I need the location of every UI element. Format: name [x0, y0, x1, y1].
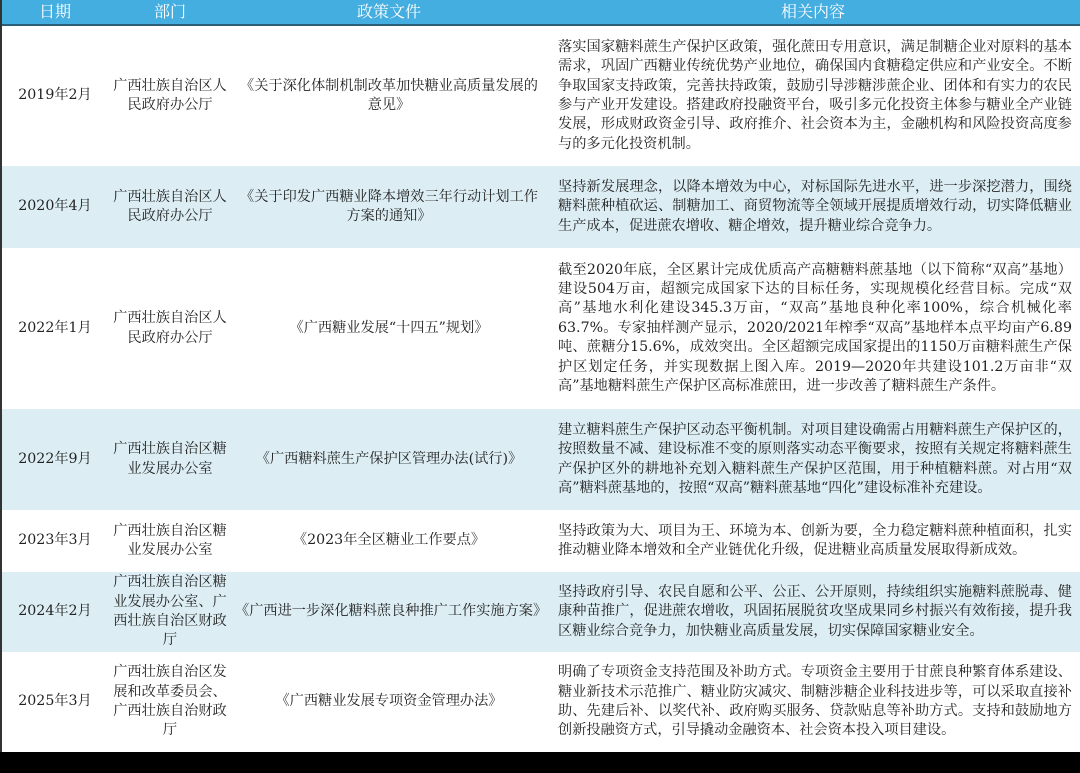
cell-content: 截至2020年底，全区累计完成优质高产高糖糖料蔗基地（以下简称“双高”基地）建设…: [546, 248, 1080, 409]
table-row: 2025年3月 广西壮族自治区发展和改革委员会、广西壮族自治财政厅 《广西糖业发…: [2, 652, 1080, 752]
cell-department: 广西壮族自治区人民政府办公厅: [108, 166, 232, 248]
cell-content: 坚持新发展理念，以降本增效为中心，对标国际先进水平，进一步深挖潜力，围绕糖料蔗种…: [546, 166, 1080, 248]
cell-date: 2020年4月: [2, 166, 108, 248]
table-header-row: 日期 部门 政策文件 相关内容: [2, 0, 1080, 25]
cell-date: 2024年2月: [2, 572, 108, 652]
header-department: 部门: [108, 0, 232, 25]
cell-date: 2025年3月: [2, 652, 108, 752]
policy-table-container: 日期 部门 政策文件 相关内容 2019年2月 广西壮族自治区人民政府办公厅 《…: [0, 0, 1080, 752]
table-row: 2024年2月 广西壮族自治区糖业发展办公室、广西壮族自治区财政厅 《广西进一步…: [2, 572, 1080, 652]
cell-document: 《广西糖业发展专项资金管理办法》: [232, 652, 546, 752]
cell-department: 广西壮族自治区人民政府办公厅: [108, 248, 232, 409]
cell-date: 2022年9月: [2, 409, 108, 510]
policy-table: 日期 部门 政策文件 相关内容 2019年2月 广西壮族自治区人民政府办公厅 《…: [2, 0, 1080, 752]
cell-document: 《关于印发广西糖业降本增效三年行动计划工作方案的通知》: [232, 166, 546, 248]
cell-department: 广西壮族自治区糖业发展办公室: [108, 409, 232, 510]
cell-content: 建立糖料蔗生产保护区动态平衡机制。对项目建设确需占用糖料蔗生产保护区的，按照数量…: [546, 409, 1080, 510]
table-row: 2022年9月 广西壮族自治区糖业发展办公室 《广西糖料蔗生产保护区管理办法(试…: [2, 409, 1080, 510]
cell-document: 《广西糖业发展“十四五”规划》: [232, 248, 546, 409]
cell-department: 广西壮族自治区糖业发展办公室、广西壮族自治区财政厅: [108, 572, 232, 652]
cell-department: 广西壮族自治区人民政府办公厅: [108, 25, 232, 166]
cell-date: 2022年1月: [2, 248, 108, 409]
table-row: 2022年1月 广西壮族自治区人民政府办公厅 《广西糖业发展“十四五”规划》 截…: [2, 248, 1080, 409]
cell-document: 《关于深化体制机制改革加快糖业高质量发展的意见》: [232, 25, 546, 166]
header-document: 政策文件: [232, 0, 546, 25]
table-row: 2020年4月 广西壮族自治区人民政府办公厅 《关于印发广西糖业降本增效三年行动…: [2, 166, 1080, 248]
cell-department: 广西壮族自治区糖业发展办公室: [108, 510, 232, 572]
cell-content: 坚持政府引导、农民自愿和公平、公正、公开原则，持续组织实施糖料蔗脱毒、健康种苗推…: [546, 572, 1080, 652]
cell-document: 《广西进一步深化糖料蔗良种推广工作实施方案》: [232, 572, 546, 652]
cell-document: 《2023年全区糖业工作要点》: [232, 510, 546, 572]
cell-content: 坚持政策为大、项目为王、环境为本、创新为要，全力稳定糖料蔗种植面积，扎实推动糖业…: [546, 510, 1080, 572]
table-row: 2023年3月 广西壮族自治区糖业发展办公室 《2023年全区糖业工作要点》 坚…: [2, 510, 1080, 572]
header-content: 相关内容: [546, 0, 1080, 25]
cell-content: 明确了专项资金支持范围及补助方式。专项资金主要用于甘蔗良种繁育体系建设、糖业新技…: [546, 652, 1080, 752]
table-row: 2019年2月 广西壮族自治区人民政府办公厅 《关于深化体制机制改革加快糖业高质…: [2, 25, 1080, 166]
cell-date: 2023年3月: [2, 510, 108, 572]
header-date: 日期: [2, 0, 108, 25]
cell-department: 广西壮族自治区发展和改革委员会、广西壮族自治财政厅: [108, 652, 232, 752]
cell-content: 落实国家糖料蔗生产保护区政策，强化蔗田专用意识，满足制糖企业对原料的基本需求，巩…: [546, 25, 1080, 166]
cell-date: 2019年2月: [2, 25, 108, 166]
cell-document: 《广西糖料蔗生产保护区管理办法(试行)》: [232, 409, 546, 510]
